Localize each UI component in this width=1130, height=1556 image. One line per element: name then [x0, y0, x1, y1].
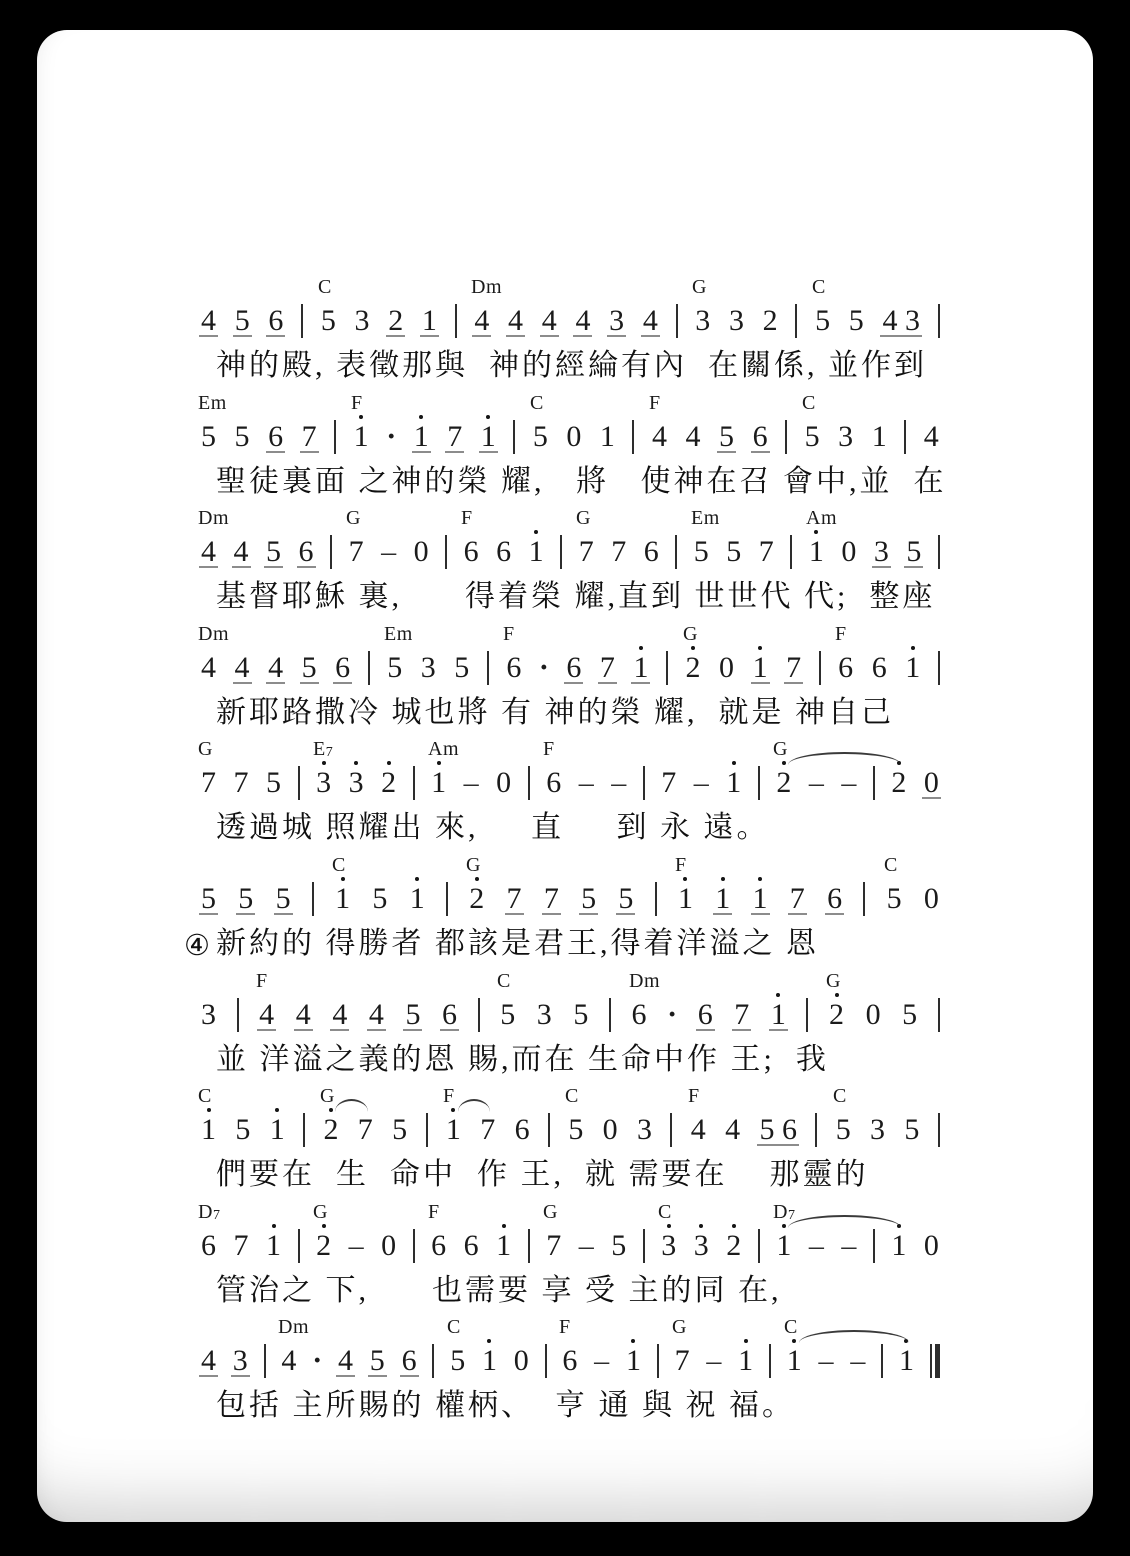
note: 5	[301, 650, 318, 686]
note: 4	[724, 1112, 741, 1148]
note: 1	[725, 765, 742, 801]
barline	[643, 1229, 645, 1263]
note: 7	[233, 765, 250, 801]
note: 3	[873, 534, 890, 570]
barline	[413, 1229, 415, 1263]
final-barline	[930, 1344, 940, 1378]
note: 1	[480, 419, 497, 455]
note: 3	[636, 1112, 653, 1148]
note: 6	[200, 1228, 217, 1264]
note: 5	[848, 303, 865, 339]
chord-label: G	[198, 738, 213, 761]
note: 7	[545, 1228, 562, 1264]
dash-extension: –	[578, 1228, 595, 1264]
music-system: EmFCFC55671·17150144565314聖徒裏面 之神的榮 耀, 將…	[200, 392, 940, 508]
lyric-line: 們要在 生 命中 作 王, 就 需要在 那靈的	[200, 1151, 940, 1200]
dash-extension: –	[463, 765, 480, 801]
barline	[478, 998, 480, 1032]
note: 4	[642, 303, 659, 339]
note: 5	[718, 419, 735, 455]
chord-label: Em	[198, 392, 227, 415]
note: 7	[758, 534, 775, 570]
note: 4	[233, 534, 250, 570]
note: 5	[572, 997, 589, 1033]
chord-row: CGFCFC	[200, 1085, 940, 1109]
note: 2	[322, 1112, 339, 1148]
note: 1	[714, 881, 731, 917]
note: 5	[499, 997, 516, 1033]
screenshot-root: { "document": { "kind": "numbered-notati…	[0, 0, 1130, 1556]
note: 2	[387, 303, 404, 339]
chord-label: C	[318, 276, 332, 299]
note: 5	[567, 1112, 584, 1148]
note: 6	[697, 997, 714, 1033]
rest-note: 0	[840, 534, 857, 570]
note: 2	[762, 303, 779, 339]
chord-label: Dm	[629, 970, 660, 993]
note: 4	[473, 303, 490, 339]
chord-row: EmFCFC	[200, 392, 940, 416]
lyric-line: 並 洋溢之義的恩 賜,而在 生命中作 王; 我	[200, 1036, 940, 1085]
note: 1	[265, 1228, 282, 1264]
note: 7	[733, 997, 750, 1033]
note: 3	[693, 1228, 710, 1264]
note: 6	[430, 1228, 447, 1264]
note: 7	[578, 534, 595, 570]
note: 3	[348, 765, 365, 801]
chord-label: C	[784, 1316, 798, 1339]
chord-label: C	[530, 392, 544, 415]
dash-extension: –	[705, 1343, 722, 1379]
barline	[513, 420, 515, 454]
lyric-text: 透過城 照耀出 來, 直 到 永 遠。	[216, 811, 770, 844]
chord-quality: 7	[326, 745, 334, 760]
chord-label: F	[649, 392, 661, 415]
barline	[670, 1113, 672, 1147]
note: 6	[298, 534, 315, 570]
chord-label: G	[543, 1201, 558, 1224]
lyric-text: 聖徒裏面 之神的榮 耀, 將 使神在召 會中,並 在	[216, 465, 947, 498]
note: 6	[463, 534, 480, 570]
rest-note: 0	[865, 997, 882, 1033]
barline	[938, 1113, 940, 1147]
barline	[938, 304, 940, 338]
barline	[303, 1113, 305, 1147]
chord-row: CDmGC	[200, 276, 940, 300]
note: 5	[234, 303, 251, 339]
dash-extension: –	[348, 1228, 365, 1264]
note: 6	[565, 650, 582, 686]
chord-label: G	[773, 738, 788, 761]
note: 7	[599, 650, 616, 686]
note: 7	[446, 419, 463, 455]
chord-label: Dm	[198, 623, 229, 646]
augmentation-dot: ·	[386, 419, 396, 455]
barline	[938, 535, 940, 569]
chord-label: Em	[691, 507, 720, 530]
barline	[806, 998, 808, 1032]
note-row: 34444565356·671205	[200, 994, 940, 1036]
barline	[446, 882, 448, 916]
note: 5	[386, 650, 403, 686]
note: 4	[200, 534, 217, 570]
barline	[264, 1344, 266, 1378]
note: 6	[267, 419, 284, 455]
rest-note: 0	[495, 765, 512, 801]
note-row: 434·4565106–17–11––1	[200, 1340, 940, 1382]
barline	[657, 1344, 659, 1378]
lyric-text: 管治之 下, 也需要 享 受 主的同 在,	[216, 1274, 782, 1307]
note: 2	[315, 1228, 332, 1264]
note: 5	[265, 534, 282, 570]
lyric-text: 們要在 生 命中 作 王, 就 需要在 那靈的	[216, 1158, 869, 1191]
chord-label: D7	[198, 1201, 220, 1224]
note: 4	[368, 997, 385, 1033]
note: 5 6	[758, 1112, 798, 1148]
note: 6	[871, 650, 888, 686]
note: 4	[295, 997, 312, 1033]
lyric-line: 透過城 照耀出 來, 直 到 永 遠。	[200, 804, 940, 853]
note: 5	[369, 1343, 386, 1379]
note-row: 6712–06617–53321––10	[200, 1225, 940, 1267]
dash-extension: –	[380, 534, 397, 570]
barline	[413, 766, 415, 800]
note: 7	[660, 765, 677, 801]
note: 4	[690, 1112, 707, 1148]
chord-label: C	[198, 1085, 212, 1108]
note: 1	[752, 881, 769, 917]
note: 4	[331, 997, 348, 1033]
chord-label: C	[332, 854, 346, 877]
note-row: 444565356·6712017661	[200, 647, 940, 689]
note: 4	[685, 419, 702, 455]
music-system: CDmGC4565321444434332554 3神的殿, 表徵那與 神的經綸…	[200, 276, 940, 392]
note: 4	[200, 650, 217, 686]
note: 1	[528, 534, 545, 570]
note: 4	[541, 303, 558, 339]
chord-label: D7	[773, 1201, 795, 1224]
music-system: CGFC555151277551117650④新約的 得勝者 都該是君王,得着洋…	[200, 854, 940, 970]
note: 3	[315, 765, 332, 801]
chord-label: G	[313, 1201, 328, 1224]
barline	[368, 651, 370, 685]
note: 7	[674, 1343, 691, 1379]
note: 4	[280, 1343, 297, 1379]
chord-label: G	[576, 507, 591, 530]
barline	[904, 420, 906, 454]
chord-row: FCDmG	[200, 970, 940, 994]
note: 5	[320, 303, 337, 339]
chord-label: F	[503, 623, 515, 646]
lyric-line: 神的殿, 表徵那與 神的經綸有內 在關係, 並作到	[200, 342, 940, 391]
note: 1	[898, 1343, 915, 1379]
note: 7	[233, 1228, 250, 1264]
note: 5	[886, 881, 903, 917]
note: 6	[561, 1343, 578, 1379]
barline	[795, 304, 797, 338]
barline	[298, 1229, 300, 1263]
barline	[528, 766, 530, 800]
note: 5	[234, 1112, 251, 1148]
barline	[675, 535, 677, 569]
note: 1	[334, 881, 351, 917]
note: 1	[808, 534, 825, 570]
note: 3	[837, 419, 854, 455]
note: 1	[445, 1112, 462, 1148]
rest-note: 0	[923, 765, 940, 801]
dash-extension: –	[849, 1343, 866, 1379]
barline	[545, 1344, 547, 1378]
note: 3	[354, 303, 371, 339]
note: 2	[468, 881, 485, 917]
chord-label: G	[466, 854, 481, 877]
barline	[560, 535, 562, 569]
note: 5	[391, 1112, 408, 1148]
chord-label: F	[675, 854, 687, 877]
note-row: 4565321444434332554 3	[200, 300, 940, 342]
chord-label: C	[497, 970, 511, 993]
note: 4	[200, 1343, 217, 1379]
note: 7	[479, 1112, 496, 1148]
chord-label: C	[833, 1085, 847, 1108]
note: 3	[694, 303, 711, 339]
note: 4	[234, 650, 251, 686]
lyric-line: 包括 主所賜的 權柄、 亨 通 與 祝 福。	[200, 1382, 940, 1431]
chord-label: F	[351, 392, 363, 415]
rest-note: 0	[923, 1228, 940, 1264]
barline	[785, 420, 787, 454]
rest-note: 0	[380, 1228, 397, 1264]
chord-label: C	[884, 854, 898, 877]
chord-label: F	[543, 738, 555, 761]
note: 5	[265, 765, 282, 801]
note: 4	[258, 997, 275, 1033]
note: 4	[507, 303, 524, 339]
barline	[330, 535, 332, 569]
barline	[237, 998, 239, 1032]
note: 3	[869, 1112, 886, 1148]
lyric-line: ④新約的 得勝者 都該是君王,得着洋溢之 恩	[200, 920, 940, 969]
barline	[938, 651, 940, 685]
music-system: GE7AmFG7753321–06––7–12––20透過城 照耀出 來, 直 …	[200, 738, 940, 854]
barline	[445, 535, 447, 569]
note: 1	[677, 881, 694, 917]
note: 1	[269, 1112, 286, 1148]
note: 1	[752, 650, 769, 686]
note: 1	[632, 650, 649, 686]
barline	[863, 882, 865, 916]
chord-label: Am	[806, 507, 837, 530]
note: 7	[610, 534, 627, 570]
note: 5	[449, 1343, 466, 1379]
note: 1	[495, 1228, 512, 1264]
note: 6	[495, 534, 512, 570]
lyric-line: 管治之 下, 也需要 享 受 主的同 在,	[200, 1267, 940, 1316]
barline	[769, 1344, 771, 1378]
note: 2	[775, 765, 792, 801]
chord-label: C	[802, 392, 816, 415]
chord-label: C	[658, 1201, 672, 1224]
barline	[881, 1344, 883, 1378]
note-row: 55671·17150144565314	[200, 416, 940, 458]
barline	[655, 882, 657, 916]
note: 6	[545, 765, 562, 801]
note: 5	[580, 881, 597, 917]
chord-label: C	[565, 1085, 579, 1108]
lyric-line: 基督耶穌 裏, 得着榮 耀,直到 世世代 代; 整座	[200, 573, 940, 622]
dash-extension: –	[840, 1228, 857, 1264]
note: 5	[453, 650, 470, 686]
note: 5	[725, 534, 742, 570]
chord-label: Am	[428, 738, 459, 761]
note: 7	[200, 765, 217, 801]
note: 6	[505, 650, 522, 686]
chord-label: G	[672, 1316, 687, 1339]
note: 1	[786, 1343, 803, 1379]
note: 6	[752, 419, 769, 455]
augmentation-dot: ·	[667, 997, 677, 1033]
chord-label: F	[256, 970, 268, 993]
note: 5	[610, 1228, 627, 1264]
note-row: 7753321–06––7–12––20	[200, 762, 940, 804]
barline	[528, 1229, 530, 1263]
music-system: FCDmG34444565356·671205並 洋溢之義的恩 賜,而在 生命中…	[200, 970, 940, 1086]
rest-note: 0	[923, 881, 940, 917]
note: 6	[643, 534, 660, 570]
chord-label: G	[320, 1085, 335, 1108]
note: 1	[481, 1343, 498, 1379]
lyric-text: 基督耶穌 裏, 得着榮 耀,直到 世世代 代; 整座	[216, 580, 935, 613]
note: 4	[200, 303, 217, 339]
note: 4	[574, 303, 591, 339]
note: 6	[441, 997, 458, 1033]
barline	[455, 304, 457, 338]
note: 7	[357, 1112, 374, 1148]
note: 5	[617, 881, 634, 917]
chord-label: F	[461, 507, 473, 530]
chord-row: DmEmFGF	[200, 623, 940, 647]
rest-note: 0	[513, 1343, 530, 1379]
barline	[487, 651, 489, 685]
note: 1	[599, 419, 616, 455]
note: 6	[267, 303, 284, 339]
note: 1	[430, 765, 447, 801]
note: 5	[693, 534, 710, 570]
chord-label: G	[683, 623, 698, 646]
note: 6	[631, 997, 648, 1033]
note: 4	[267, 650, 284, 686]
music-system: CGFCFC151275176503445 6535們要在 生 命中 作 王, …	[200, 1085, 940, 1201]
note: 5	[835, 1112, 852, 1148]
note: 3	[200, 997, 217, 1033]
note: 2	[685, 650, 702, 686]
chord-label: Dm	[278, 1316, 309, 1339]
dash-extension: –	[610, 765, 627, 801]
score-systems: CDmGC4565321444434332554 3神的殿, 表徵那與 神的經綸…	[200, 276, 940, 1432]
augmentation-dot: ·	[312, 1343, 322, 1379]
note: 6	[514, 1112, 531, 1148]
dash-extension: –	[593, 1343, 610, 1379]
music-system: DmGFGEmAm44567–06617765571035基督耶穌 裏, 得着榮…	[200, 507, 940, 623]
dash-extension: –	[840, 765, 857, 801]
note: 1	[770, 997, 787, 1033]
note: 1	[890, 1228, 907, 1264]
chord-label: Em	[384, 623, 413, 646]
lyric-text: 新耶路撒冷 城也將 有 神的榮 耀, 就是 神自己	[216, 696, 894, 729]
note: 3	[660, 1228, 677, 1264]
note-row: 555151277551117650	[200, 878, 940, 920]
rest-note: 0	[602, 1112, 619, 1148]
note: 5	[404, 997, 421, 1033]
note: 1	[421, 303, 438, 339]
barline	[432, 1344, 434, 1378]
verse-number-badge: ④	[184, 921, 210, 969]
note: 6	[334, 650, 351, 686]
note: 5	[903, 1112, 920, 1148]
note: 2	[890, 765, 907, 801]
note: 1	[775, 1228, 792, 1264]
note-row: 44567–06617765571035	[200, 531, 940, 573]
rest-note: 0	[565, 419, 582, 455]
chord-label: Dm	[471, 276, 502, 299]
note: 4 3	[881, 303, 921, 339]
rest-note: 0	[413, 534, 430, 570]
chord-label: G	[826, 970, 841, 993]
note: 5	[234, 419, 251, 455]
note: 1	[353, 419, 370, 455]
note: 5	[371, 881, 388, 917]
chord-label: G	[692, 276, 707, 299]
barline	[632, 420, 634, 454]
chord-row: CGFC	[200, 854, 940, 878]
barline	[609, 998, 611, 1032]
note: 7	[301, 419, 318, 455]
chord-row: DmGFGEmAm	[200, 507, 940, 531]
chord-label: E7	[313, 738, 333, 761]
music-system: D7GFGCD76712–06617–53321––10管治之 下, 也需要 享…	[200, 1201, 940, 1317]
note: 4	[337, 1343, 354, 1379]
barline	[790, 535, 792, 569]
music-system: DmEmFGF444565356·6712017661新耶路撒冷 城也將 有 神…	[200, 623, 940, 739]
note: 2	[725, 1228, 742, 1264]
barline	[938, 998, 940, 1032]
note: 5	[200, 419, 217, 455]
barline	[548, 1113, 550, 1147]
note: 4	[923, 419, 940, 455]
chord-label: F	[835, 623, 847, 646]
chord-label: F	[688, 1085, 700, 1108]
note: 1	[737, 1343, 754, 1379]
lyric-line: 聖徒裏面 之神的榮 耀, 將 使神在召 會中,並 在	[200, 458, 940, 507]
chord-label: C	[812, 276, 826, 299]
barline	[873, 766, 875, 800]
barline	[301, 304, 303, 338]
barline	[666, 651, 668, 685]
lyric-text: 包括 主所賜的 權柄、 亨 通 與 祝 福。	[216, 1389, 795, 1422]
note: 3	[536, 997, 553, 1033]
chord-label: Dm	[198, 507, 229, 530]
chord-label: F	[428, 1201, 440, 1224]
dash-extension: –	[808, 765, 825, 801]
chord-label: C	[447, 1316, 461, 1339]
note: 3	[608, 303, 625, 339]
augmentation-dot: ·	[539, 650, 549, 686]
note: 7	[348, 534, 365, 570]
barline	[873, 1229, 875, 1263]
note: 7	[785, 650, 802, 686]
lyric-line: 新耶路撒冷 城也將 有 神的榮 耀, 就是 神自己	[200, 689, 940, 738]
note: 2	[828, 997, 845, 1033]
